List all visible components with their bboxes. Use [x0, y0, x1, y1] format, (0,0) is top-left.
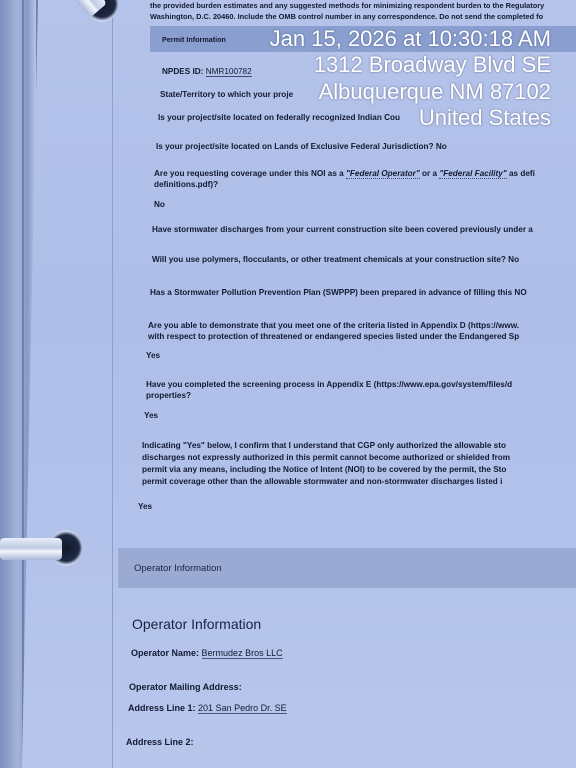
- question-text: or a: [420, 169, 440, 178]
- photo-location-city: Albuquerque NM 87102: [319, 79, 551, 105]
- operator-info-header: Operator Information: [118, 548, 576, 588]
- answer: No: [436, 142, 447, 151]
- answer: No: [508, 255, 519, 264]
- intro-line: Washington, D.C. 20460. Include the OMB …: [150, 11, 576, 22]
- operator-info-label: Operator Information: [134, 563, 222, 574]
- address-line-1: Address Line 1: 201 San Pedro Dr. SE: [128, 703, 287, 713]
- operator-mailing-address-label: Operator Mailing Address:: [129, 682, 242, 692]
- answer: Yes: [138, 501, 152, 512]
- question-text: properties?: [146, 391, 191, 400]
- intro-line: the provided burden estimates and any su…: [150, 0, 576, 11]
- intro-text: the provided burden estimates and any su…: [150, 0, 576, 22]
- question-text: Will you use polymers, flocculants, or o…: [152, 255, 506, 264]
- binder-ring-bottom: [0, 538, 62, 560]
- question-indian-country: Is your project/site located on federall…: [158, 112, 400, 123]
- question-federal-operator: Are you requesting coverage under this N…: [154, 168, 535, 190]
- permit-info-label: Permit Information: [162, 34, 226, 45]
- npdes-id-label: NPDES ID:: [162, 67, 203, 76]
- operator-name: Operator Name: Bermudez Bros LLC: [131, 648, 283, 658]
- question-swppp: Has a Stormwater Pollution Prevention Pl…: [150, 287, 527, 298]
- question-text: Are you able to demonstrate that you mee…: [148, 321, 519, 330]
- question-text: definitions.pdf)?: [154, 180, 218, 189]
- question-appendix-d: Are you able to demonstrate that you mee…: [148, 320, 519, 342]
- operator-name-label: Operator Name:: [131, 648, 199, 658]
- answer: Yes: [146, 350, 160, 361]
- photo-location-country: United States: [419, 105, 551, 131]
- operator-name-value: Bermudez Bros LLC: [202, 648, 283, 659]
- question-text: Indicating "Yes" below, I confirm that I…: [142, 440, 510, 452]
- question-text: permit coverage other than the allowable…: [142, 476, 510, 488]
- address-line-1-value: 201 San Pedro Dr. SE: [198, 703, 287, 714]
- question-state-territory: State/Territory to which your proje: [160, 89, 293, 100]
- question-federal-jurisdiction: Is your project/site located on Lands of…: [156, 141, 447, 152]
- npdes-id: NPDES ID: NMR100782: [162, 66, 252, 77]
- question-appendix-e: Have you completed the screening process…: [146, 379, 512, 401]
- question-text: discharges not expressly authorized in t…: [142, 452, 510, 464]
- federal-operator-link[interactable]: "Federal Operator": [346, 169, 420, 179]
- question-text: as defi: [507, 169, 535, 178]
- question-text: Are you requesting coverage under this N…: [154, 169, 346, 178]
- address-line-2: Address Line 2:: [126, 737, 194, 747]
- question-polymers: Will you use polymers, flocculants, or o…: [152, 254, 519, 265]
- question-text: permit via any means, including the Noti…: [142, 464, 510, 476]
- question-confirmation: Indicating "Yes" below, I confirm that I…: [142, 440, 510, 488]
- operator-info-title: Operator Information: [132, 616, 261, 632]
- question-text: Is your project/site located on Lands of…: [156, 142, 434, 151]
- address-line-1-label: Address Line 1:: [128, 703, 196, 713]
- npdes-id-value: NMR100782: [206, 67, 252, 77]
- question-text: Have you completed the screening process…: [146, 380, 512, 389]
- answer: Yes: [144, 410, 158, 421]
- photo-timestamp: Jan 15, 2026 at 10:30:18 AM: [270, 26, 551, 52]
- form-left-border: [112, 0, 113, 768]
- address-line-2-label: Address Line 2:: [126, 737, 194, 747]
- federal-facility-link[interactable]: "Federal Facility": [439, 169, 506, 179]
- question-previous-coverage: Have stormwater discharges from your cur…: [152, 224, 533, 235]
- question-text: with respect to protection of threatened…: [148, 332, 519, 341]
- photo-location-street: 1312 Broadway Blvd SE: [314, 52, 551, 78]
- answer: No: [154, 199, 165, 210]
